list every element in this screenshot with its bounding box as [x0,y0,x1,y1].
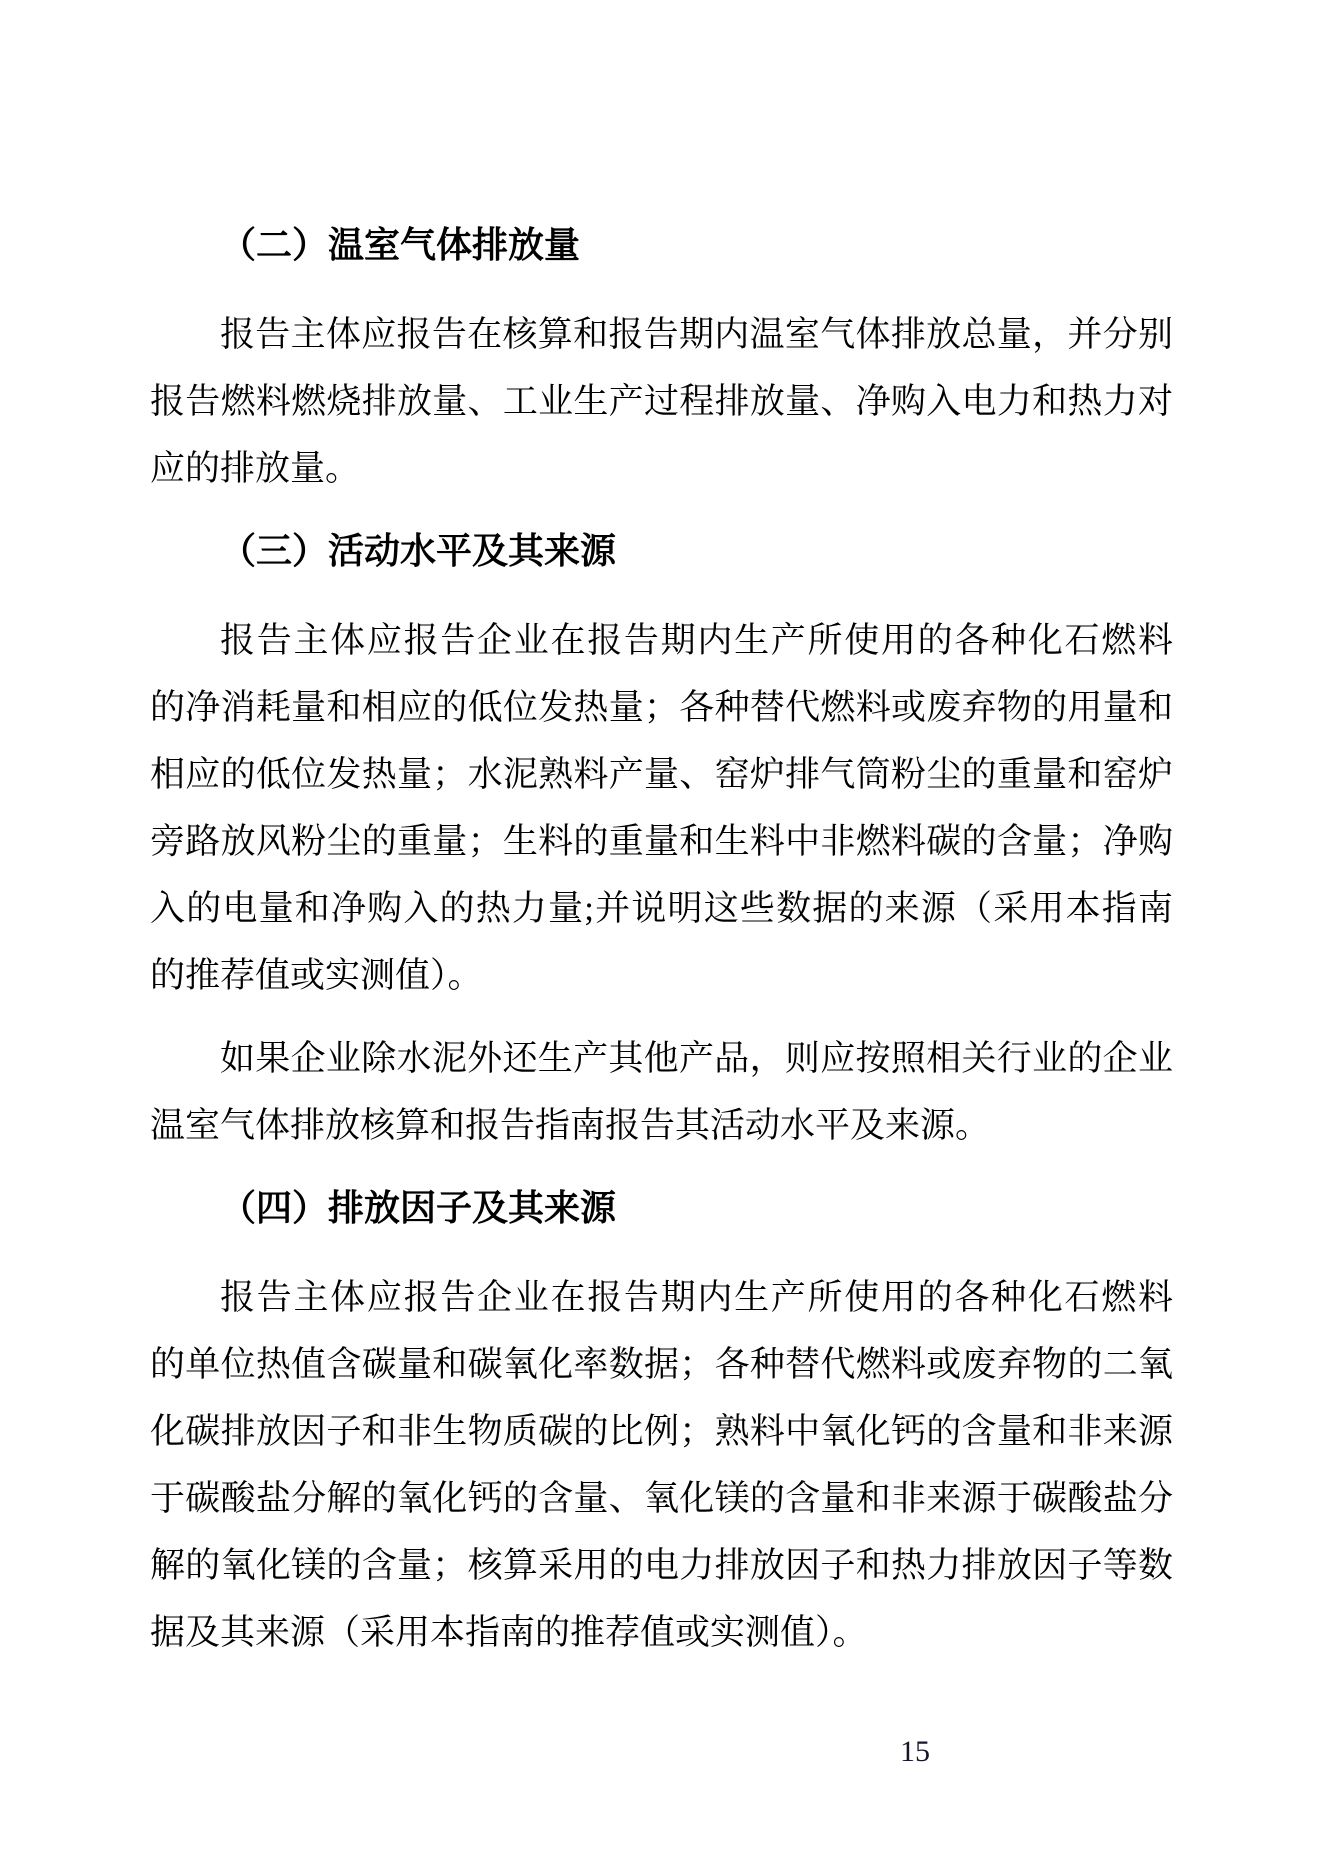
paragraph: 报告主体应报告企业在报告期内生产所使用的各种化石燃料的净消耗量和相应的低位发热量… [150,607,1173,1009]
text-line: 报告燃料燃烧排放量、工业生产过程排放量、净购入电力和热力对 [150,368,1173,435]
page-number: 15 [900,1734,930,1770]
text-line: 据及其来源（采用本指南的推荐值或实测值）。 [150,1599,1173,1666]
paragraph: 报告主体应报告企业在报告期内生产所使用的各种化石燃料的单位热值含碳量和碳氧化率数… [150,1264,1173,1666]
section-heading: （三）活动水平及其来源 [150,518,1173,585]
text-line: 旁路放风粉尘的重量；生料的重量和生料中非燃料碳的含量；净购 [150,808,1173,875]
text-line: 报告主体应报告在核算和报告期内温室气体排放总量，并分别 [150,301,1173,368]
text-line: 应的排放量。 [150,435,1173,502]
text-line: 的净消耗量和相应的低位发热量；各种替代燃料或废弃物的用量和 [150,674,1173,741]
text-line: 入的电量和净购入的热力量;并说明这些数据的来源（采用本指南 [150,875,1173,942]
text-line: 于碳酸盐分解的氧化钙的含量、氧化镁的含量和非来源于碳酸盐分 [150,1465,1173,1532]
document-page: （二）温室气体排放量报告主体应报告在核算和报告期内温室气体排放总量，并分别报告燃… [0,0,1323,1871]
text-line: 解的氧化镁的含量；核算采用的电力排放因子和热力排放因子等数 [150,1532,1173,1599]
text-line: 如果企业除水泥外还生产其他产品，则应按照相关行业的企业 [150,1025,1173,1092]
text-content: （二）温室气体排放量报告主体应报告在核算和报告期内温室气体排放总量，并分别报告燃… [150,212,1173,1666]
paragraph: 报告主体应报告在核算和报告期内温室气体排放总量，并分别报告燃料燃烧排放量、工业生… [150,301,1173,502]
section-heading: （四）排放因子及其来源 [150,1175,1173,1242]
text-line: 相应的低位发热量；水泥熟料产量、窑炉排气筒粉尘的重量和窑炉 [150,741,1173,808]
text-line: 报告主体应报告企业在报告期内生产所使用的各种化石燃料 [150,1264,1173,1331]
text-line: 化碳排放因子和非生物质碳的比例；熟料中氧化钙的含量和非来源 [150,1398,1173,1465]
text-line: 的推荐值或实测值）。 [150,942,1173,1009]
text-line: 报告主体应报告企业在报告期内生产所使用的各种化石燃料 [150,607,1173,674]
text-line: 的单位热值含碳量和碳氧化率数据；各种替代燃料或废弃物的二氧 [150,1331,1173,1398]
paragraph: 如果企业除水泥外还生产其他产品，则应按照相关行业的企业温室气体排放核算和报告指南… [150,1025,1173,1159]
text-line: 温室气体排放核算和报告指南报告其活动水平及来源。 [150,1092,1173,1159]
section-heading: （二）温室气体排放量 [150,212,1173,279]
